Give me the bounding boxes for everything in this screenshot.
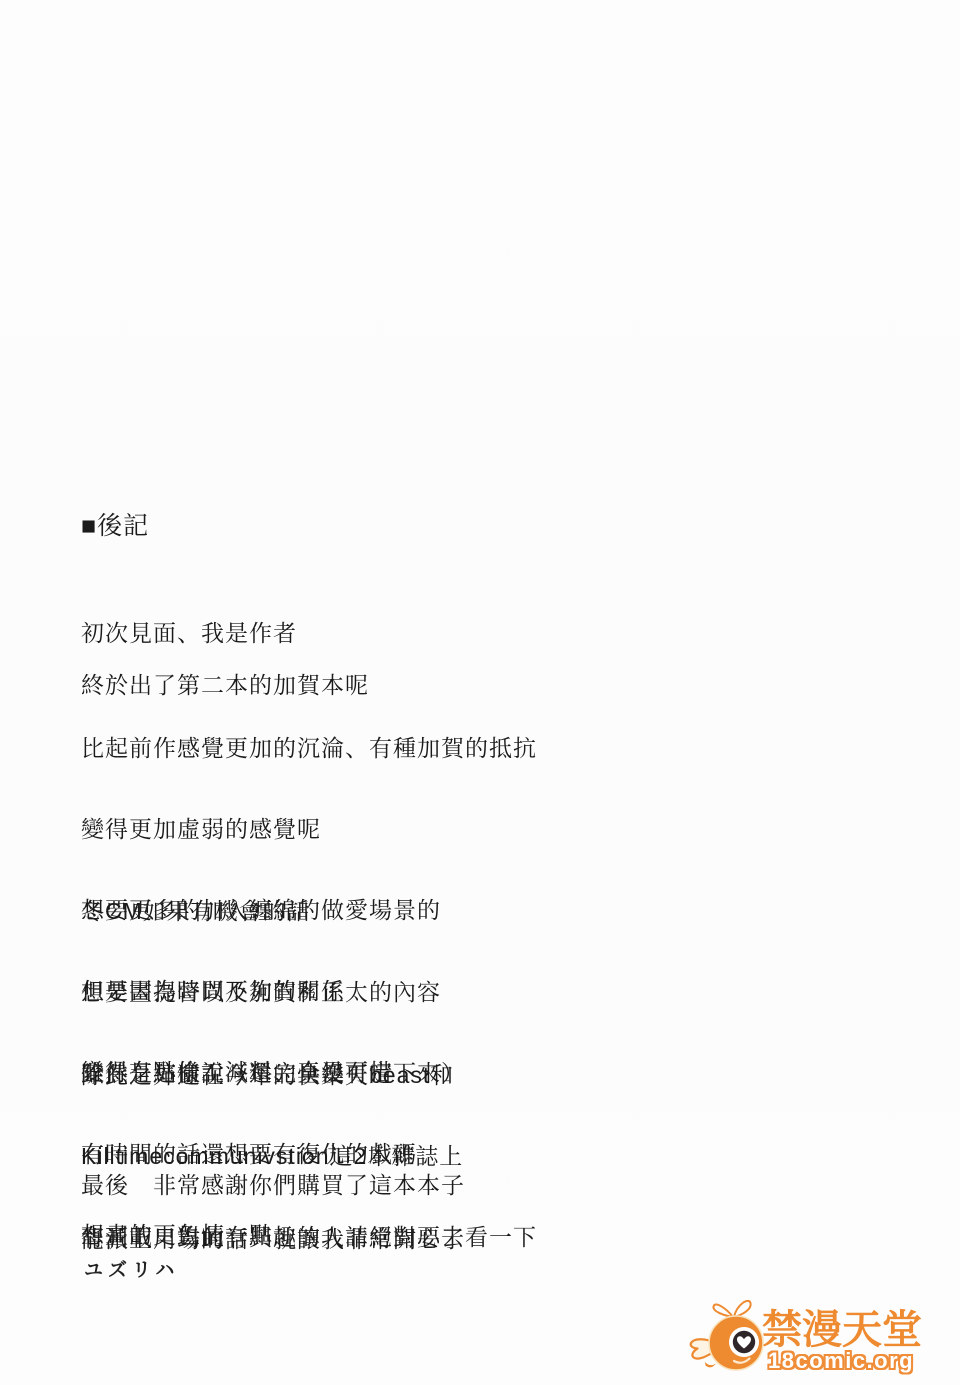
watermark-site-url: 18comic.org bbox=[768, 1349, 914, 1372]
watermark-brand-text: 禁漫天堂 bbox=[762, 1310, 922, 1350]
text-line: 冬CM如果有機會的話 bbox=[81, 898, 465, 925]
afterword-page: ■後記 初次見面、我是作者 終於出了第二本的加賀本呢 比起前作感覺更加的沉淪、有… bbox=[0, 0, 960, 1385]
text-line: 比起前作感覺更加的沉淪、有種加賀的抵抗 bbox=[81, 735, 537, 762]
text-line: 除此之外還在今年的快樂天beast和 bbox=[81, 1062, 537, 1089]
text-line: 能派上用場的話 就讓我非常開心了 bbox=[81, 1226, 465, 1253]
paragraph-closing: 能派上用場的話 就讓我非常開心了 bbox=[81, 1172, 465, 1307]
text-line: 想要畫提督以及加賀和正太的內容 bbox=[81, 979, 465, 1006]
author-signature: ユズリハ bbox=[84, 1257, 179, 1284]
afterword-title: ■後記 bbox=[81, 511, 149, 541]
site-watermark: 禁漫天堂 18comic.org bbox=[688, 1294, 950, 1382]
text-line: 變得更加虛弱的感覺呢 bbox=[81, 816, 537, 843]
